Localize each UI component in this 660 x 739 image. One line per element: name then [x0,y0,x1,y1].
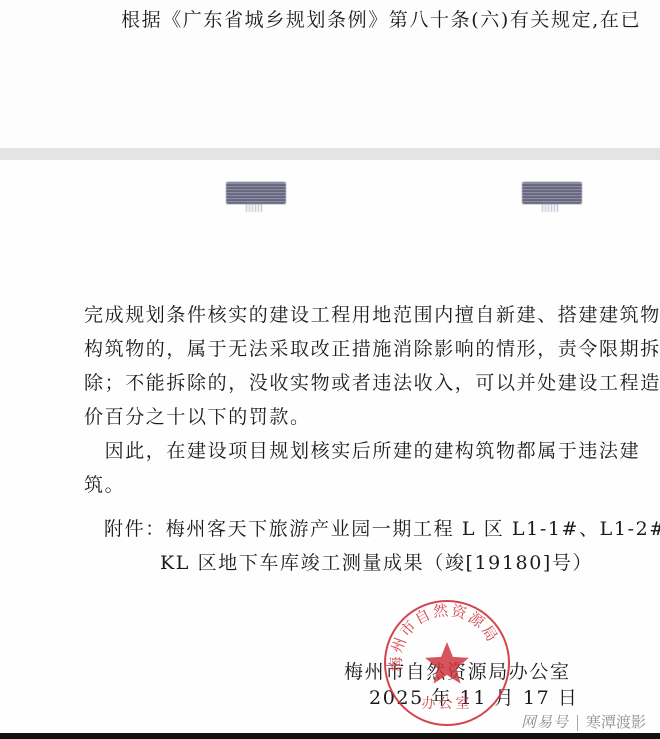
watermark-author: 寒潭渡影 [586,713,646,731]
body-line-5: 因此，在建设项目规划核实后所建的建构筑物都属于违法建 [84,439,640,463]
top-fragment-line: 根据《广东省城乡规划条例》第八十条(六)有关规定,在已 [121,8,641,32]
watermark-brand: 网易号 [521,713,569,731]
attachment-line-1: 附件：梅州客天下旅游产业园一期工程 L 区 L1-1#、L1-2#及 [104,517,660,541]
body-line-6: 筑。 [84,473,125,497]
redaction-smudge-left [226,182,286,204]
body-line-1: 完成规划条件核实的建设工程用地范围内擅自新建、搭建建筑物、 [84,303,660,327]
body-line-4: 价百分之十以下的罚款。 [84,405,311,429]
seal-bottom-text: 办公室 [422,695,473,712]
page-gap-band [0,148,660,160]
official-seal: 梅州市自然资源局 办公室 [384,600,510,726]
body-line-2: 构筑物的，属于无法采取改正措施消除影响的情形，责令限期拆 [84,337,660,361]
attachment-line-2: KL 区地下车库竣工测量成果（竣[19180]号） [160,551,593,575]
redaction-smudge-right [522,182,582,204]
watermark-divider [577,715,578,731]
seal-graphic: 梅州市自然资源局 办公室 [384,600,510,726]
body-line-3: 除；不能拆除的，没收实物或者违法收入，可以并处建设工程造 [84,371,660,395]
source-watermark: 网易号寒潭渡影 [521,711,646,732]
bottom-edge-bar [0,733,660,739]
star-icon [425,642,469,684]
